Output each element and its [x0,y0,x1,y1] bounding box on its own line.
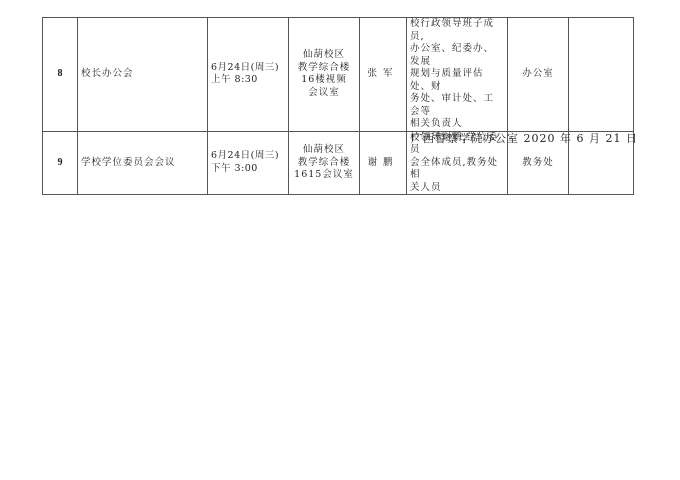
row-number: 9 [43,131,78,195]
attendee-line: 规划与质量评估处、财 [410,68,504,93]
table-row: 8 校长办公会 6月24日(周三) 上午 8:30 仙葫校区 教学综合楼 16楼… [43,18,634,132]
place-line: 教学综合楼 [292,157,356,170]
place-line: 会议室 [292,87,356,100]
place-line: 仙葫校区 [292,49,356,62]
meeting-hour: 上午 8:30 [211,74,285,87]
place-line: 仙葫校区 [292,144,356,157]
place-line: 教学综合楼 [292,62,356,75]
meeting-place: 仙葫校区 教学综合楼 16楼视频 会议室 [289,18,360,132]
meeting-date: 6月24日(周三) [211,150,285,163]
attendee-line: 办公室、纪委办、发展 [410,43,504,68]
meeting-hour: 下午 3:00 [211,163,285,176]
meeting-host: 张军 [360,18,407,132]
document-signature: 广西警察学院办公室 2020 年 6 月 21 日 [411,130,638,146]
row-number: 8 [43,18,78,132]
attendee-line: 校行政领导班子成员, [410,18,504,43]
meeting-place: 仙葫校区 教学综合楼 1615会议室 [289,131,360,195]
attendee-line: 务处、审计处、工会等 [410,93,504,118]
attendee-line: 关人员 [410,182,504,195]
meeting-schedule-table: 8 校长办公会 6月24日(周三) 上午 8:30 仙葫校区 教学综合楼 16楼… [42,17,634,195]
place-line: 1615会议室 [292,169,356,182]
meeting-organizer: 办公室 [508,18,569,132]
attendee-line: 会全体成员,教务处相 [410,157,504,182]
meeting-host: 谢鹏 [360,131,407,195]
meeting-name: 学校学位委员会会议 [78,131,208,195]
meeting-date: 6月24日(周三) [211,62,285,75]
place-line: 16楼视频 [292,74,356,87]
meeting-time: 6月24日(周三) 下午 3:00 [208,131,289,195]
meeting-attendees: 校行政领导班子成员, 办公室、纪委办、发展 规划与质量评估处、财 务处、审计处、… [407,18,508,132]
meeting-name: 校长办公会 [78,18,208,132]
attendee-line: 相关负责人 [410,118,504,131]
meeting-note [569,18,634,132]
meeting-time: 6月24日(周三) 上午 8:30 [208,18,289,132]
